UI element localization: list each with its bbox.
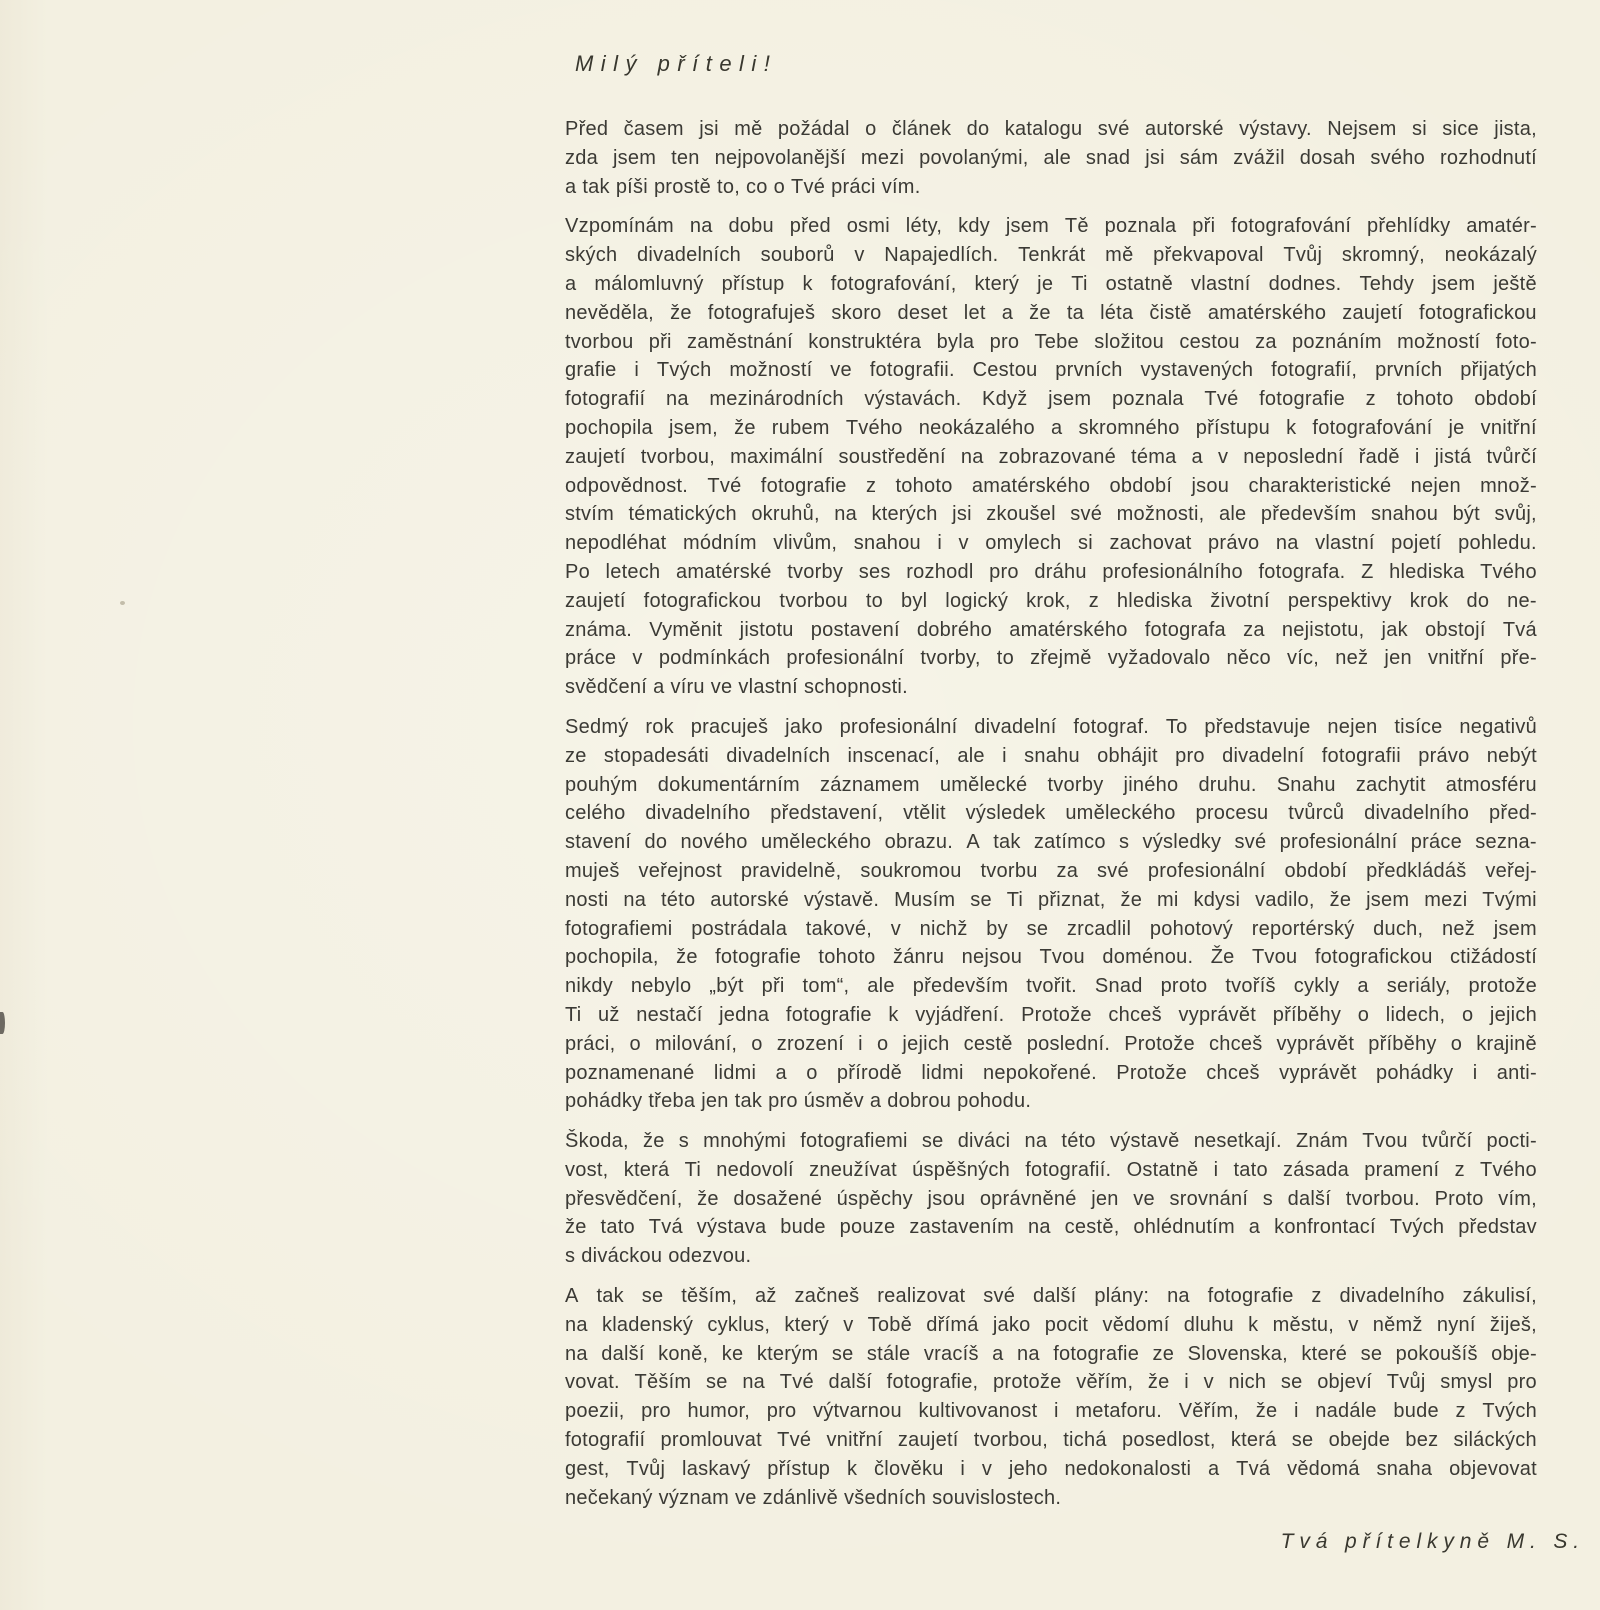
text-line: nikdynebylo„býtpřitom“,alepředevšímtvoři… [565,972,1537,1001]
text-line: svědčeníavíruvevlastníschopnosti. [565,673,1537,702]
text-line: fotografiínamezinárodníchvýstavách.Kdyžj… [565,385,1537,414]
paragraph: Sedmýrokpracuješjakoprofesionálnídivadel… [565,713,1537,1116]
text-line: nečekanývýznamvezdánlivěvšedníchsouvislo… [565,1484,1537,1513]
text-line: pouhýmdokumentárnímzáznamemuměleckétvorb… [565,771,1537,800]
text-line: Vzpomínámnadobupředosmiléty,kdyjsemTěpoz… [565,212,1537,241]
text-line: nakladenskýcyklus,kterývTobědřímájakopoc… [565,1311,1537,1340]
text-line: Sedmýrokpracuješjakoprofesionálnídivadel… [565,713,1537,742]
text-line: zestopadesátidivadelníchinscenací,aleisn… [565,742,1537,771]
letter-body: Předčasemjsiměpožádaločlánekdokatalogusv… [565,115,1537,1512]
text-line: fotografiemipostrádalatakové,vnichžbysez… [565,915,1537,944]
text-line: grafieiTvýchmožnostívefotografii.Cestoup… [565,356,1537,385]
text-line: pochopila,žefotografietohotožánrunejsouT… [565,943,1537,972]
text-line: pohádkytřebajentakproúsměvadobroupohodu. [565,1087,1537,1116]
text-line: zaujetífotografickoutvorboutobyllogickýk… [565,587,1537,616]
letter-page: Milý příteli! Předčasemjsiměpožádaločlán… [565,49,1537,1557]
salutation: Milý příteli! [575,49,1537,79]
text-line: zaujetítvorbou,maximálnísoustředěnínazob… [565,443,1537,472]
text-line: gest,Tvůjlaskavýpřístupkčlověkuivjehoned… [565,1455,1537,1484]
text-line: nevěděla,žefotografuješskorodesetletažet… [565,299,1537,328]
text-line: sdiváckouodezvou. [565,1242,1537,1271]
paragraph: Ataksetěším,ažzačnešrealizovatsvédalšípl… [565,1282,1537,1512]
text-line: Poletechamatérskétvorbysesrozhodlprodráh… [565,558,1537,587]
text-line: přesvědčení,žedosaženéúspěchyjsouoprávně… [565,1185,1537,1214]
text-line: atakpíšiprostěto,cooTvéprácivím. [565,173,1537,202]
paragraph: Škoda,žesmnohýmifotografiemisedivácinaté… [565,1127,1537,1271]
text-line: tvorboupřizaměstnáníkonstruktérabylaproT… [565,328,1537,357]
text-line: poznamenanélidmiaopřírodělidminepokořené… [565,1059,1537,1088]
text-line: prácevpodmínkáchprofesionálnítvorby,tozř… [565,644,1537,673]
paragraph: Předčasemjsiměpožádaločlánekdokatalogusv… [565,115,1537,201]
text-line: muješveřejnostpravidelně,soukromoutvorbu… [565,857,1537,886]
text-line: nostinatétoautorskévýstavě.MusímseTipřiz… [565,886,1537,915]
text-line: stvímtématickýchokruhů,nakterýchjsizkouš… [565,500,1537,529]
text-line: nadalšíkoně,kekterýmsestálevracíšanafoto… [565,1340,1537,1369]
text-line: známa.Vyměnitjistotupostavenídobréhoamat… [565,616,1537,645]
text-line: skýchdivadelníchsouborůvNapajedlích.Tenk… [565,241,1537,270]
text-line: nepodléhatmódnímvlivům,snahouivomylechsi… [565,529,1537,558]
text-line: amálomluvnýpřístupkfotografování,kterýje… [565,270,1537,299]
text-line: pochopilajsem,žerubemTvéhoneokázaléhoask… [565,414,1537,443]
text-line: Škoda,žesmnohýmifotografiemisedivácinaté… [565,1127,1537,1156]
text-line: fotografiípromlouvatTvévnitřnízaujetítvo… [565,1426,1537,1455]
text-line: Ataksetěším,ažzačnešrealizovatsvédalšípl… [565,1282,1537,1311]
signature: Tvá přítelkyně M. S. [565,1527,1585,1557]
text-line: stavenídonovéhouměleckéhoobrazu.Atakzatí… [565,828,1537,857]
text-line: celéhodivadelníhopředstavení,vtělitvýsle… [565,799,1537,828]
scan-edge-mark [0,1012,5,1034]
paper-speck [120,601,125,605]
text-line: vost,kteráTinedovolízneužívatúspěšnýchfo… [565,1156,1537,1185]
text-line: vovat.TěšímsenaTvédalšífotografie,protož… [565,1368,1537,1397]
text-line: Předčasemjsiměpožádaločlánekdokatalogusv… [565,115,1537,144]
text-line: Tiužnestačíjednafotografiekvyjádření.Pro… [565,1001,1537,1030]
text-line: odpovědnost.Tvéfotografieztohotoamatérsk… [565,472,1537,501]
text-line: práci,omilování,ozrozeníiojejichcestěpos… [565,1030,1537,1059]
paragraph: Vzpomínámnadobupředosmiléty,kdyjsemTěpoz… [565,212,1537,702]
text-line: zdajsemtennejpovolanějšímezipovolanými,a… [565,144,1537,173]
text-line: poezii,prohumor,provýtvarnoukultivovanos… [565,1397,1537,1426]
text-line: žetatoTvávýstavabudepouzezastavenímnaces… [565,1213,1537,1242]
